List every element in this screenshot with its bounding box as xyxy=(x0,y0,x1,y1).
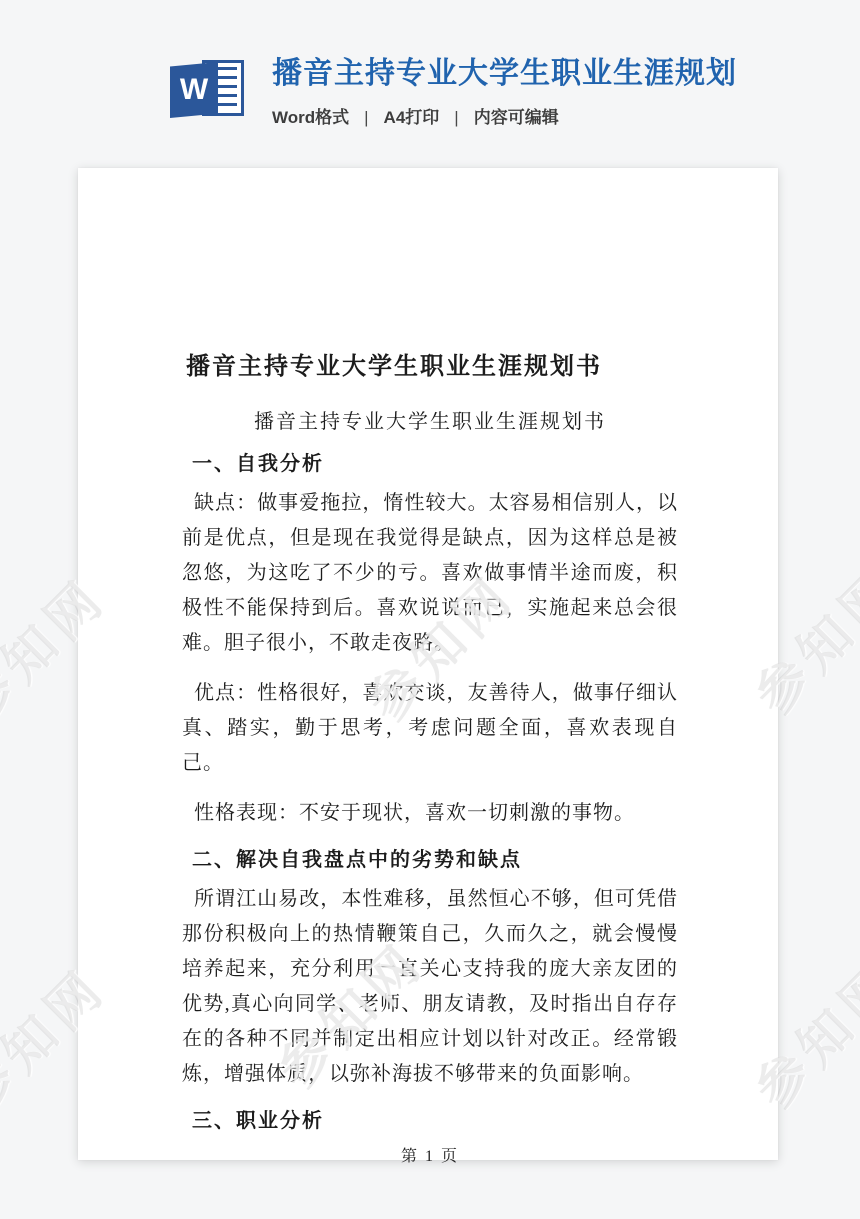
doc-paragraph: 所谓江山易改，本性难移，虽然恒心不够，但可凭借那份积极向上的热情鞭策自己，久而久… xyxy=(182,882,678,1092)
meta-separator: | xyxy=(364,108,368,127)
word-w-plate-icon: W xyxy=(170,62,218,118)
doc-paragraph: 优点：性格很好，喜欢交谈，友善待人，做事仔细认真、踏实，勤于思考，考虑问题全面，… xyxy=(182,676,678,781)
header-text: 播音主持专业大学生职业生涯规划 Word格式|A4打印|内容可编辑 xyxy=(272,56,737,128)
section-heading: 一、自我分析 xyxy=(192,450,678,478)
meta-separator: | xyxy=(454,108,458,127)
doc-subtitle-line: 播音主持专业大学生职业生涯规划书 xyxy=(182,408,678,436)
document-main-title: 播音主持专业大学生职业生涯规划 xyxy=(272,56,737,92)
document-format-meta: Word格式|A4打印|内容可编辑 xyxy=(272,103,737,128)
section-heading: 二、解决自我盘点中的劣势和缺点 xyxy=(192,846,678,874)
section-heading: 三、职业分析 xyxy=(192,1107,678,1135)
doc-title: 播音主持专业大学生职业生涯规划书 xyxy=(186,352,678,382)
word-logo-icon: W xyxy=(170,56,246,122)
doc-paragraph: 性格表现：不安于现状，喜欢一切刺激的事物。 xyxy=(182,796,678,831)
doc-body: 一、自我分析缺点：做事爱拖拉，惰性较大。太容易相信别人，以前是优点，但是现在我觉… xyxy=(182,450,678,1135)
meta-editable: 内容可编辑 xyxy=(474,108,559,127)
meta-a4-print: A4打印 xyxy=(384,108,440,127)
meta-word-format: Word格式 xyxy=(272,108,349,127)
document-page: 播音主持专业大学生职业生涯规划书 播音主持专业大学生职业生涯规划书 一、自我分析… xyxy=(78,168,778,1160)
doc-paragraph: 缺点：做事爱拖拉，惰性较大。太容易相信别人，以前是优点，但是现在我觉得是缺点，因… xyxy=(182,486,678,661)
site-header: W 播音主持专业大学生职业生涯规划 Word格式|A4打印|内容可编辑 xyxy=(170,56,737,128)
page-number: 第 1 页 xyxy=(182,1143,678,1166)
